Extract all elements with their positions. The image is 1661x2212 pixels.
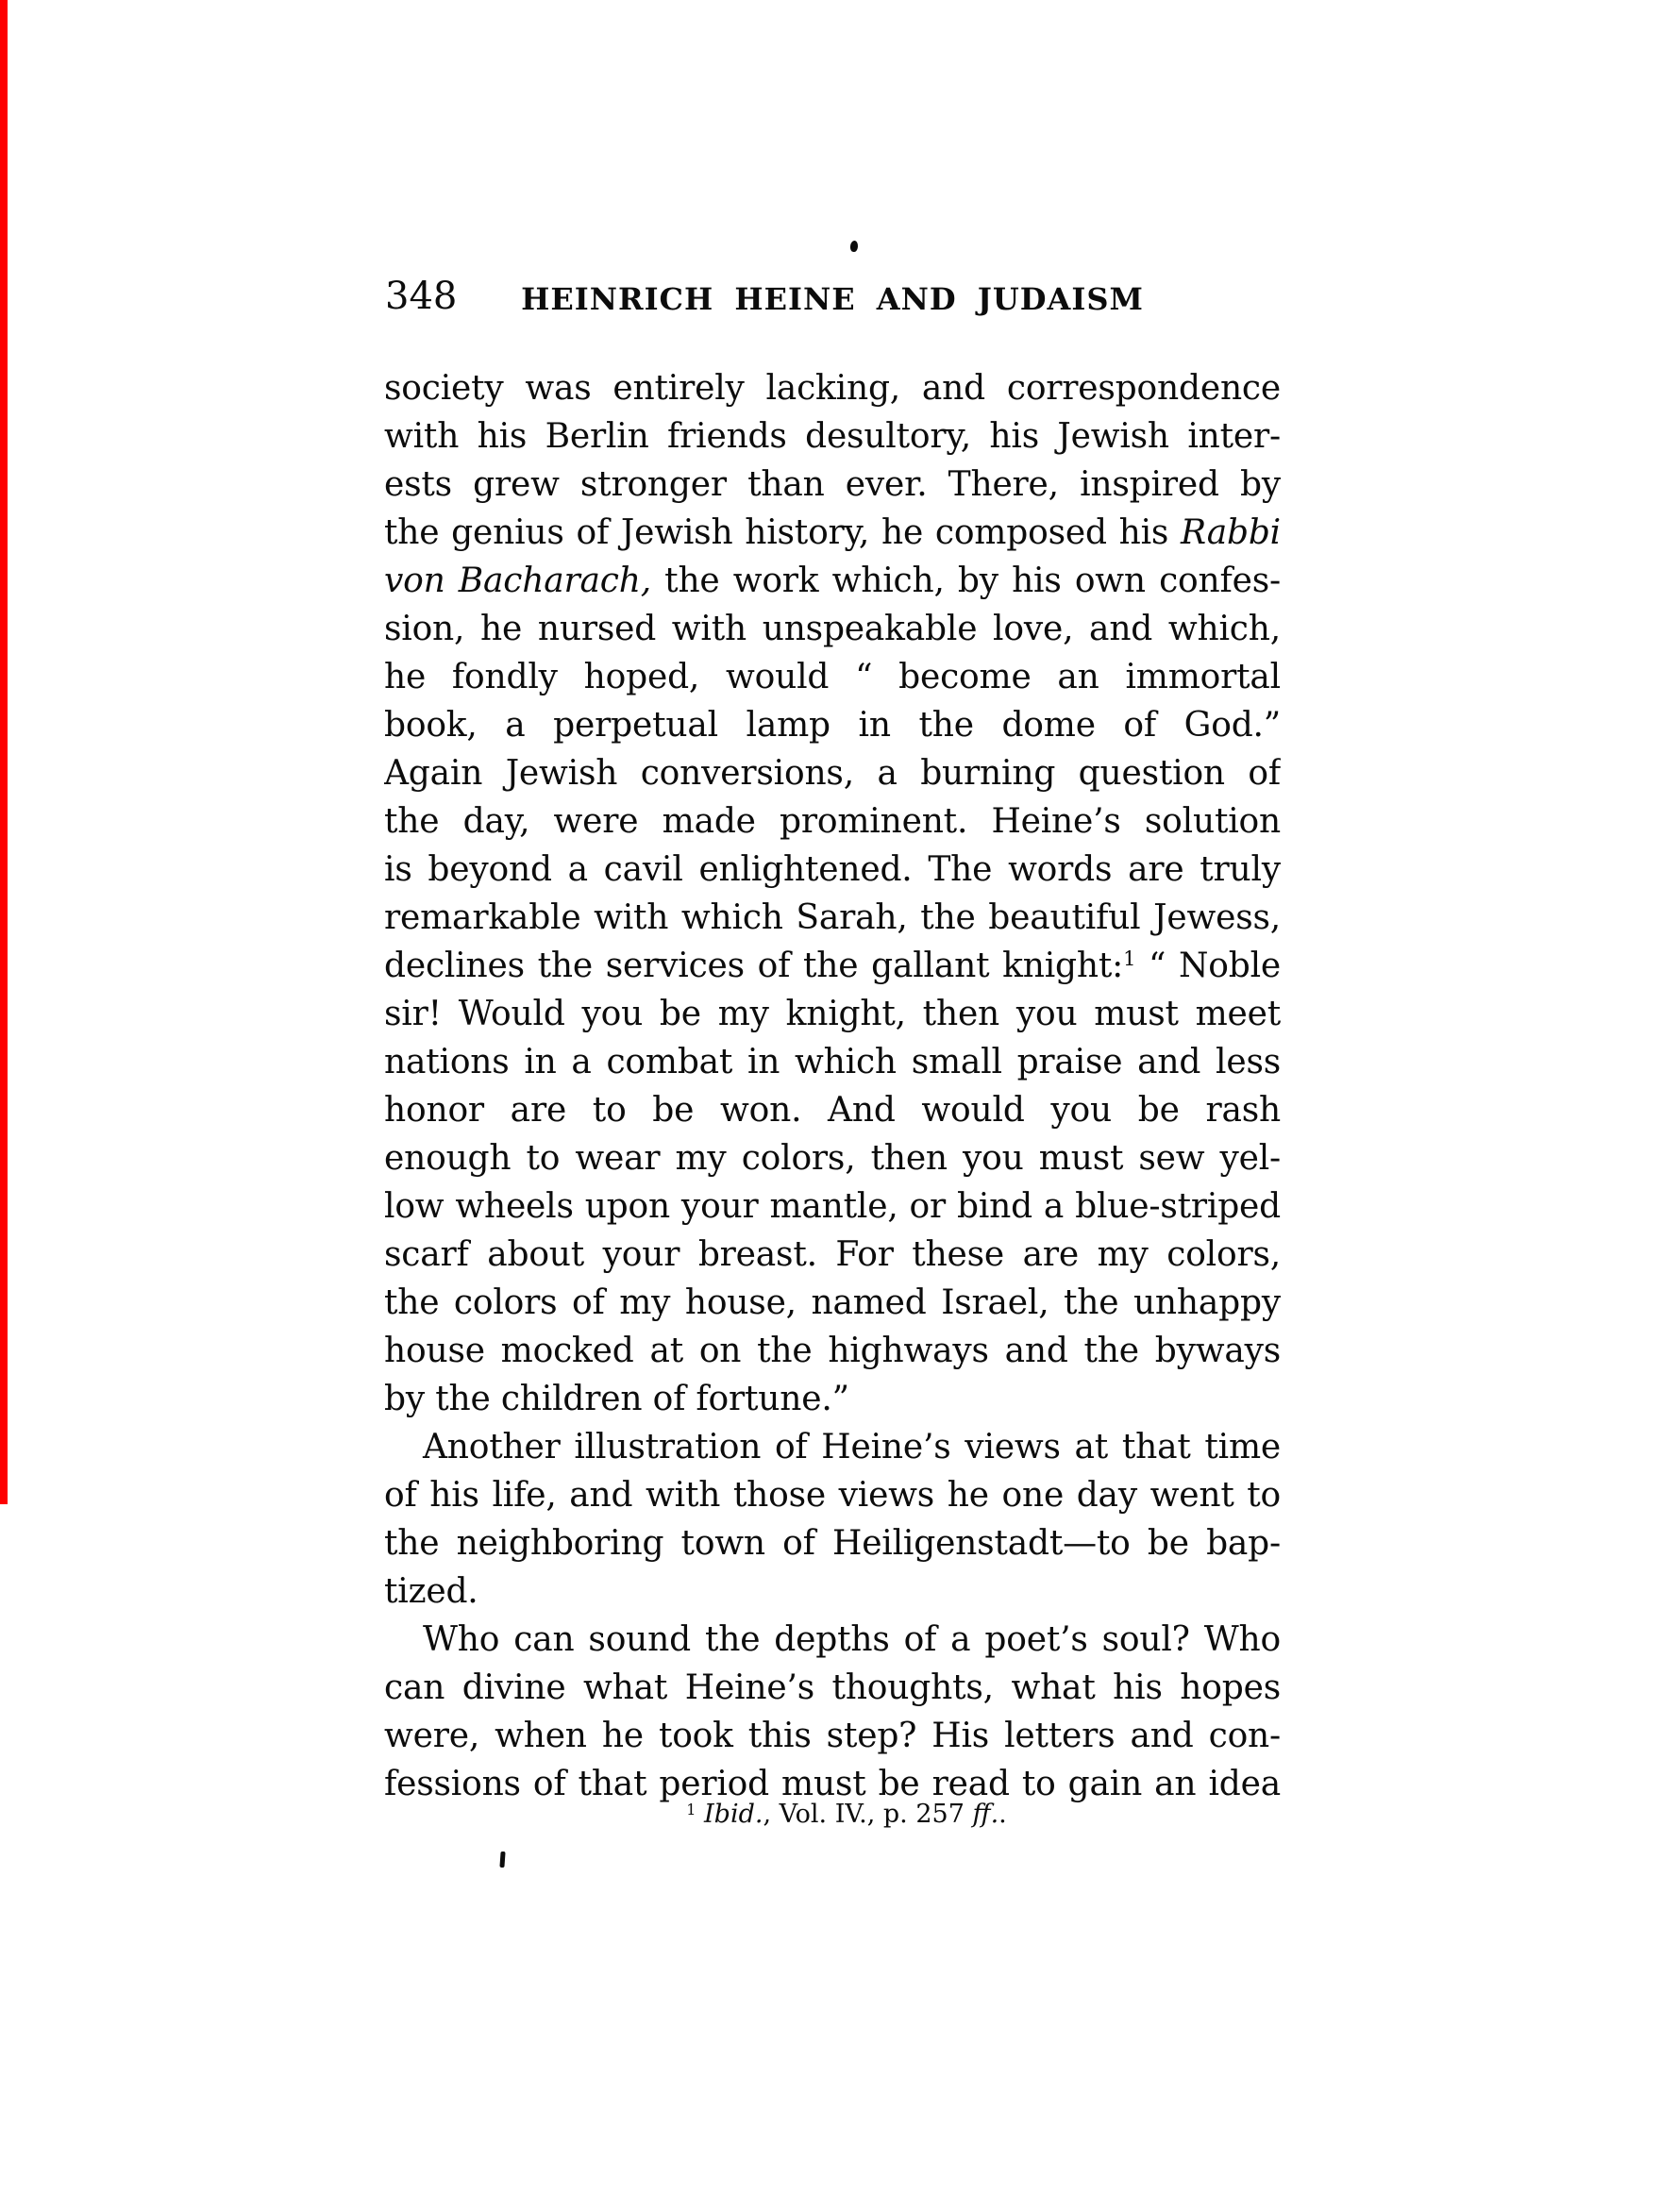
- text-segment: 1: [686, 1801, 696, 1818]
- text-line: can divine what Heine’s thoughts, what h…: [384, 1664, 1281, 1712]
- ink-tick-mark: [499, 1852, 505, 1868]
- text-segment: sion, he nursed with unspeakable love, a…: [384, 610, 1281, 648]
- text-segment: declines the services of the gallant kni…: [384, 947, 1123, 985]
- text-segment: Who can sound the depths of a poet’s sou…: [423, 1620, 1281, 1659]
- text-segment: sir! Would you be my knight, then you mu…: [384, 995, 1281, 1033]
- text-segment: the genius of Jewish history, he compose…: [384, 513, 1181, 552]
- text-segment: the day, were made prominent. Heine’s so…: [384, 802, 1281, 841]
- text-segment: of his life, and with those views he one…: [384, 1476, 1281, 1515]
- text-line: he fondly hoped, would “ become an immor…: [384, 653, 1281, 701]
- text-line: Again Jewish conversions, a burning ques…: [384, 749, 1281, 797]
- text-segment: fessions of that period must be read to …: [384, 1765, 1281, 1803]
- text-segment: low wheels upon your mantle, or bind a b…: [384, 1187, 1281, 1226]
- text-line: sir! Would you be my knight, then you mu…: [384, 990, 1281, 1038]
- text-segment: were, when he took this step? His letter…: [384, 1717, 1281, 1755]
- text-segment: 1: [1123, 947, 1135, 970]
- text-segment: he fondly hoped, would “ become an immor…: [384, 658, 1281, 696]
- text-segment: house mocked at on the highways and the …: [384, 1332, 1281, 1370]
- text-segment: , Vol. IV., p. 257: [763, 1800, 972, 1829]
- text-line: low wheels upon your mantle, or bind a b…: [384, 1182, 1281, 1231]
- footnote: 1 Ibid., Vol. IV., p. 257 ff..: [384, 1799, 1281, 1831]
- text-segment: by the children of fortune.”: [384, 1380, 849, 1418]
- scanned-book-page: { "colors": { "background": "#ffffff", "…: [0, 0, 1661, 2212]
- text-segment: Rabbi: [1181, 513, 1281, 552]
- text-line: ests grew stronger than ever. There, ins…: [384, 461, 1281, 509]
- text-segment: “ Noble: [1135, 947, 1281, 985]
- text-line: Who can sound the depths of a poet’s sou…: [384, 1616, 1281, 1664]
- text-segment: Another illustration of Heine’s views at…: [423, 1428, 1281, 1466]
- text-line: remarkable with which Sarah, the beautif…: [384, 894, 1281, 942]
- text-line: the neighboring town of Heiligenstadt—to…: [384, 1519, 1281, 1567]
- text-line: with his Berlin friends desultory, his J…: [384, 412, 1281, 461]
- text-segment: nations in a combat in which small prais…: [384, 1043, 1281, 1081]
- text-line: nations in a combat in which small prais…: [384, 1038, 1281, 1086]
- text-line: sion, he nursed with unspeakable love, a…: [384, 605, 1281, 653]
- text-line: scarf about your breast. For these are m…: [384, 1231, 1281, 1279]
- text-line: by the children of fortune.”: [384, 1375, 1281, 1423]
- text-line: the day, were made prominent. Heine’s so…: [384, 797, 1281, 846]
- text-segment: von Bacharach,: [384, 561, 651, 600]
- text-segment: [696, 1800, 704, 1829]
- text-segment: remarkable with which Sarah, the beautif…: [384, 898, 1281, 937]
- text-line: Another illustration of Heine’s views at…: [384, 1423, 1281, 1471]
- text-segment: the colors of my house, named Israel, th…: [384, 1283, 1281, 1322]
- text-line: book, a perpetual lamp in the dome of Go…: [384, 701, 1281, 749]
- text-line: society was entirely lacking, and corres…: [384, 364, 1281, 412]
- text-line: von Bacharach, the work which, by his ow…: [384, 557, 1281, 605]
- text-line: honor are to be won. And would you be ra…: [384, 1086, 1281, 1134]
- ink-dot-mark: [849, 241, 858, 253]
- text-segment: can divine what Heine’s thoughts, what h…: [384, 1668, 1281, 1707]
- text-line: is beyond a cavil enlightened. The words…: [384, 846, 1281, 894]
- paragraph: Who can sound the depths of a poet’s sou…: [384, 1616, 1281, 1808]
- text-segment: tized.: [384, 1572, 478, 1611]
- text-segment: book, a perpetual lamp in the dome of Go…: [384, 706, 1281, 745]
- text-line: the colors of my house, named Israel, th…: [384, 1279, 1281, 1327]
- text-segment: honor are to be won. And would you be ra…: [384, 1091, 1281, 1130]
- text-segment: Ibid.: [704, 1800, 763, 1829]
- red-margin-line: [0, 0, 8, 1504]
- body-text: society was entirely lacking, and corres…: [384, 364, 1281, 1808]
- text-segment: Again Jewish conversions, a burning ques…: [384, 754, 1281, 793]
- paragraph: society was entirely lacking, and corres…: [384, 364, 1281, 1423]
- text-segment: the work which, by his own confes-: [651, 561, 1281, 600]
- text-line: of his life, and with those views he one…: [384, 1471, 1281, 1519]
- running-header: HEINRICH HEINE AND JUDAISM: [384, 283, 1281, 315]
- text-line: were, when he took this step? His letter…: [384, 1712, 1281, 1760]
- text-segment: ff.: [972, 1800, 998, 1829]
- text-segment: .: [998, 1800, 1007, 1829]
- text-segment: scarf about your breast. For these are m…: [384, 1235, 1281, 1274]
- text-line: declines the services of the gallant kni…: [384, 942, 1281, 990]
- text-segment: with his Berlin friends desultory, his J…: [384, 417, 1281, 456]
- text-line: tized.: [384, 1567, 1281, 1616]
- text-segment: society was entirely lacking, and corres…: [384, 369, 1281, 408]
- text-line: enough to wear my colors, then you must …: [384, 1134, 1281, 1182]
- text-segment: enough to wear my colors, then you must …: [384, 1139, 1281, 1178]
- text-segment: is beyond a cavil enlightened. The words…: [384, 850, 1281, 889]
- text-segment: ests grew stronger than ever. There, ins…: [384, 465, 1281, 504]
- text-segment: the neighboring town of Heiligenstadt—to…: [384, 1524, 1281, 1563]
- paragraph: Another illustration of Heine’s views at…: [384, 1423, 1281, 1616]
- text-line: house mocked at on the highways and the …: [384, 1327, 1281, 1375]
- text-line: the genius of Jewish history, he compose…: [384, 509, 1281, 557]
